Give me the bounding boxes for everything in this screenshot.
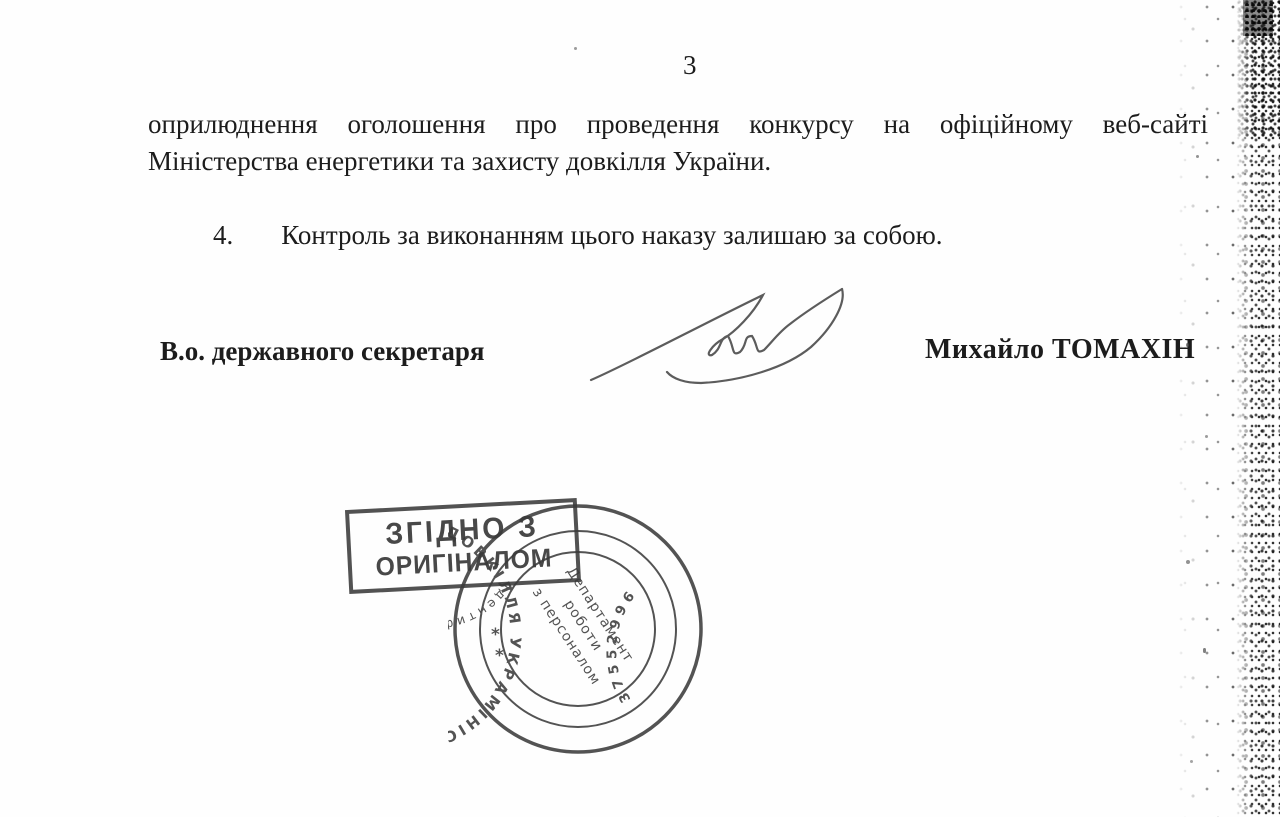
- paragraph-line-2: Міністерства енергетики та захисту довкі…: [148, 143, 1208, 180]
- page-number: 3: [683, 50, 697, 81]
- scanned-document-page: 3 оприлюднення оголошення про проведення…: [0, 0, 1280, 817]
- seal-star-1: *: [495, 646, 504, 666]
- signer-name: Михайло ТОМАХІН: [925, 334, 1195, 366]
- order-item-4: 4. Контроль за виконанням цього наказу з…: [148, 220, 1218, 251]
- item-4-text: Контроль за виконанням цього наказу зали…: [281, 220, 942, 251]
- paragraph-line-1: оприлюднення оголошення про проведення к…: [148, 106, 1208, 143]
- seal-star-2: *: [491, 625, 500, 645]
- signer-title: В.о. державного секретаря: [160, 336, 485, 367]
- body-paragraph: оприлюднення оголошення про проведення к…: [148, 106, 1208, 180]
- scan-speck: [574, 47, 577, 50]
- ministry-round-seal: МІНІСТЕРСТВО ЕНЕРГЕТИКИ ТА ЗАХИСТУ ДОВКІ…: [448, 499, 708, 759]
- scan-noise-sparse: [1176, 0, 1238, 817]
- item-4-number: 4.: [213, 220, 233, 251]
- handwritten-signature: [583, 282, 855, 394]
- scan-noise-blob: [1243, 0, 1273, 36]
